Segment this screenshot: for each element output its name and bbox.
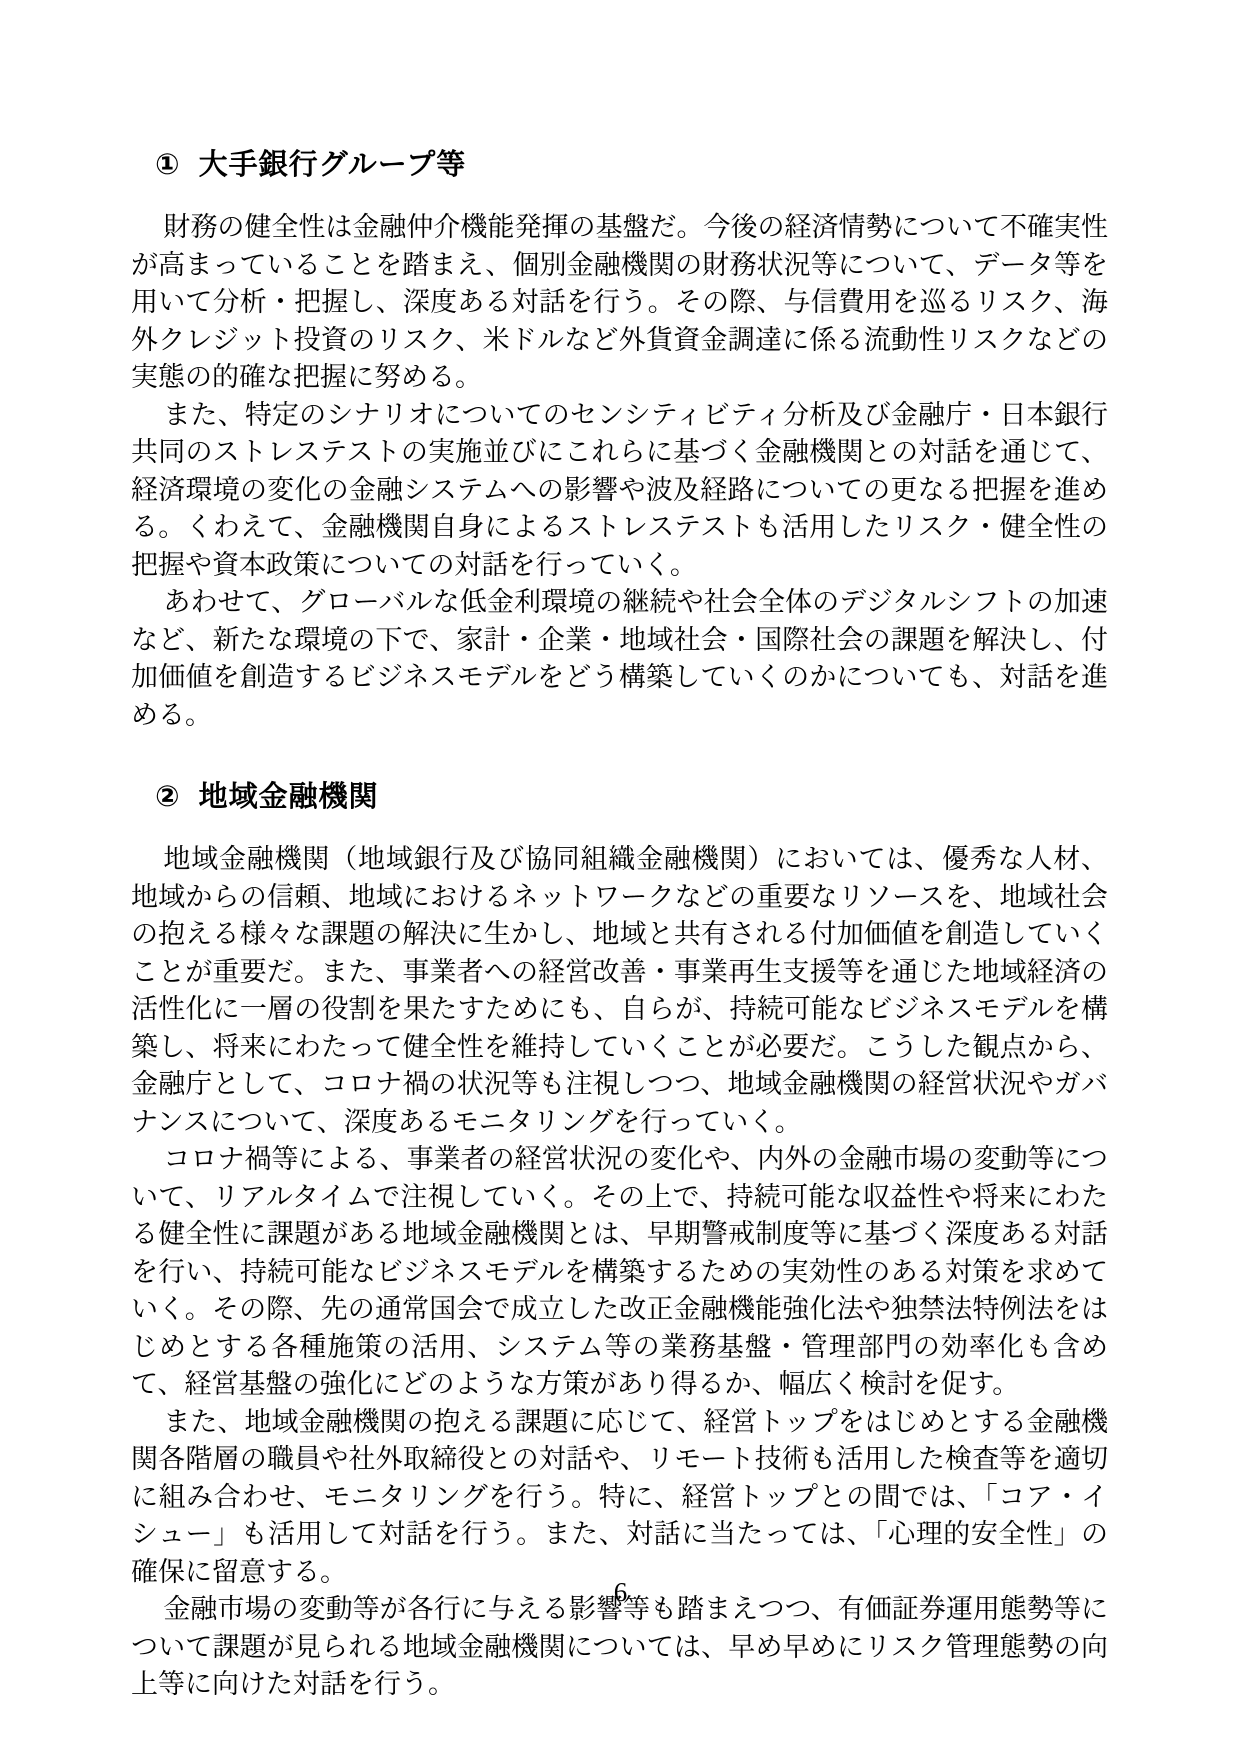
page-footer: 6	[0, 1576, 1241, 1608]
heading-title: 大手銀行グループ等	[199, 147, 467, 181]
section-regional-financial-institutions: ②地域金融機関 地域金融機関（地域銀行及び協同組織金融機関）においては、優秀な人…	[131, 780, 1108, 1704]
section-heading: ①大手銀行グループ等	[131, 148, 1108, 180]
section-heading: ②地域金融機関	[131, 780, 1108, 812]
paragraph: あわせて、グローバルな低金利環境の継続や社会全体のデジタルシフトの加速など、新た…	[131, 584, 1108, 734]
paragraph: また、地域金融機関の抱える課題に応じて、経営トップをはじめとする金融機関各階層の…	[131, 1404, 1108, 1592]
paragraph: 地域金融機関（地域銀行及び協同組織金融機関）においては、優秀な人材、地域からの信…	[131, 841, 1108, 1141]
heading-number: ②	[155, 780, 181, 812]
paragraph: コロナ禍等による、事業者の経営状況の変化や、内外の金融市場の変動等について、リア…	[131, 1141, 1108, 1404]
section-major-bank-groups: ①大手銀行グループ等 財務の健全性は金融仲介機能発揮の基盤だ。今後の経済情勢につ…	[131, 148, 1108, 734]
paragraph: 財務の健全性は金融仲介機能発揮の基盤だ。今後の経済情勢について不確実性が高まって…	[131, 209, 1108, 397]
page-number: 6	[614, 1577, 628, 1607]
heading-title: 地域金融機関	[199, 779, 379, 813]
paragraph: また、特定のシナリオについてのセンシティビティ分析及び金融庁・日本銀行共同のスト…	[131, 397, 1108, 585]
page-content: ①大手銀行グループ等 財務の健全性は金融仲介機能発揮の基盤だ。今後の経済情勢につ…	[131, 148, 1108, 1704]
heading-number: ①	[155, 148, 181, 180]
document-page: ①大手銀行グループ等 財務の健全性は金融仲介機能発揮の基盤だ。今後の経済情勢につ…	[0, 0, 1241, 1754]
